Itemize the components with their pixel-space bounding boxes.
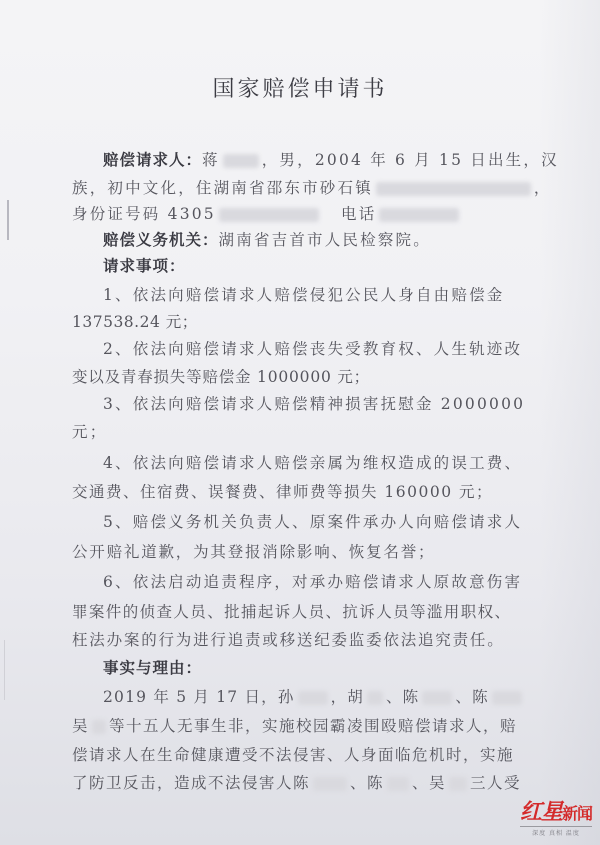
request-3-line-1: 3、依法向赔偿请求人赔偿精神损害抚慰金 2000000	[103, 392, 525, 414]
facts-line-2: 吴等十五人无事生非，实施校园霸凌围殴赔偿请求人，赔	[72, 714, 517, 736]
watermark-logo: 红星新闻	[520, 795, 592, 826]
claimant-info: ，男，2004 年 6 月 15 日出生，汉	[262, 151, 559, 169]
obligor-line: 赔偿义务机关：湖南省吉首市人民检察院。	[103, 228, 431, 250]
request-1-line-1: 1、依法向赔偿请求人赔偿侵犯公民人身自由赔偿金	[103, 283, 504, 305]
punctuation: ，	[534, 179, 552, 197]
paper-edge-mark	[4, 640, 5, 700]
watermark-brand: 红星	[520, 799, 562, 825]
facts-line-4: 了防卫反击，造成不法侵害人陈、陈、吴三人受	[72, 771, 521, 793]
redacted-name	[422, 691, 452, 705]
request-5-line-1: 5、赔偿义务机关负责人、原案件承办人向赔偿请求人	[103, 510, 522, 532]
request-6-line-1: 6、依法启动追责程序，对承办赔偿请求人原故意伤害	[103, 570, 522, 592]
redacted-name	[367, 691, 383, 705]
redacted-name	[298, 691, 328, 705]
request-2-line-2: 变以及青春损失等赔偿金 1000000 元；	[72, 365, 370, 387]
watermark-brand-sub: 新闻	[562, 804, 592, 823]
redacted-name	[223, 154, 259, 168]
claimant-label: 赔偿请求人：	[103, 150, 202, 169]
request-4-line-1: 4、依法向赔偿请求人赔偿亲属为维权造成的误工费、	[103, 451, 522, 473]
request-4-line-2: 交通费、住宿费、误餐费、律师费等损失 160000 元；	[72, 480, 493, 502]
watermark-tagline: 深度 真相 温度	[520, 826, 592, 837]
claimant-address: 族，初中文化，住湖南省邵东市砂石镇	[72, 179, 373, 197]
document-page: 国家赔偿申请书 赔偿请求人：蒋，男，2004 年 6 月 15 日出生，汉 族，…	[0, 0, 600, 845]
claimant-id: 身份证号码 4305	[72, 205, 216, 223]
facts-heading: 事实与理由：	[103, 656, 202, 678]
obligor-label: 赔偿义务机关：	[103, 230, 219, 249]
redacted-phone	[379, 208, 459, 222]
request-5-line-2: 公开赔礼道歉，为其登报消除影响、恢复名誉；	[72, 540, 435, 562]
request-3-line-2: 元；	[72, 420, 107, 442]
claimant-surname: 蒋	[202, 151, 220, 169]
facts-text: 等十五人无事生非，实施校园霸凌围殴赔偿请求人，赔	[109, 717, 517, 735]
request-6-line-2: 罪案件的侦查人员、批捕起诉人员、抗诉人员等滥用职权、	[72, 600, 511, 622]
facts-text: 2019 年 5 月 17 日，孙	[103, 688, 295, 706]
redacted-id	[219, 208, 319, 222]
claimant-line-3: 身份证号码 4305 电话	[72, 202, 462, 224]
facts-text: ，胡	[331, 688, 364, 706]
redacted-name	[313, 777, 347, 791]
claimant-line-2: 族，初中文化，住湖南省邵东市砂石镇，	[72, 176, 552, 198]
request-1-line-2: 137538.24 元；	[72, 310, 198, 332]
facts-text: 、陈	[455, 688, 488, 706]
request-6-line-3: 枉法办案的行为进行追责或移送纪委监委依法追究责任。	[72, 628, 505, 650]
requests-heading: 请求事项：	[103, 254, 186, 276]
obligor-value: 湖南省吉首市人民检察院。	[219, 231, 431, 249]
red-star-news-watermark: 红星新闻 深度 真相 温度	[520, 795, 592, 837]
redacted-name	[449, 777, 467, 791]
redacted-name	[92, 720, 106, 734]
facts-text: 、陈	[386, 688, 419, 706]
redacted-name	[492, 691, 522, 705]
facts-text: 了防卫反击，造成不法侵害人陈	[72, 774, 310, 792]
page-shadow	[540, 0, 600, 845]
redacted-name	[387, 777, 409, 791]
redacted-address	[376, 182, 531, 196]
facts-line-3: 偿请求人在生命健康遭受不法侵害、人身面临危机时，实施	[72, 743, 514, 765]
facts-text: 吴	[72, 717, 89, 735]
paper-edge-mark	[7, 200, 9, 240]
request-2-line-1: 2、依法向赔偿请求人赔偿丧失受教育权、人生轨迹改	[103, 337, 522, 359]
facts-text: 三人受	[470, 774, 521, 792]
claimant-phone-label: 电话	[341, 205, 376, 223]
facts-line-1: 2019 年 5 月 17 日，孙，胡、陈、陈	[103, 685, 525, 707]
document-title: 国家赔偿申请书	[0, 72, 600, 103]
facts-text: 、陈	[350, 774, 384, 792]
claimant-line-1: 赔偿请求人：蒋，男，2004 年 6 月 15 日出生，汉	[103, 148, 559, 170]
facts-text: 、吴	[412, 774, 446, 792]
